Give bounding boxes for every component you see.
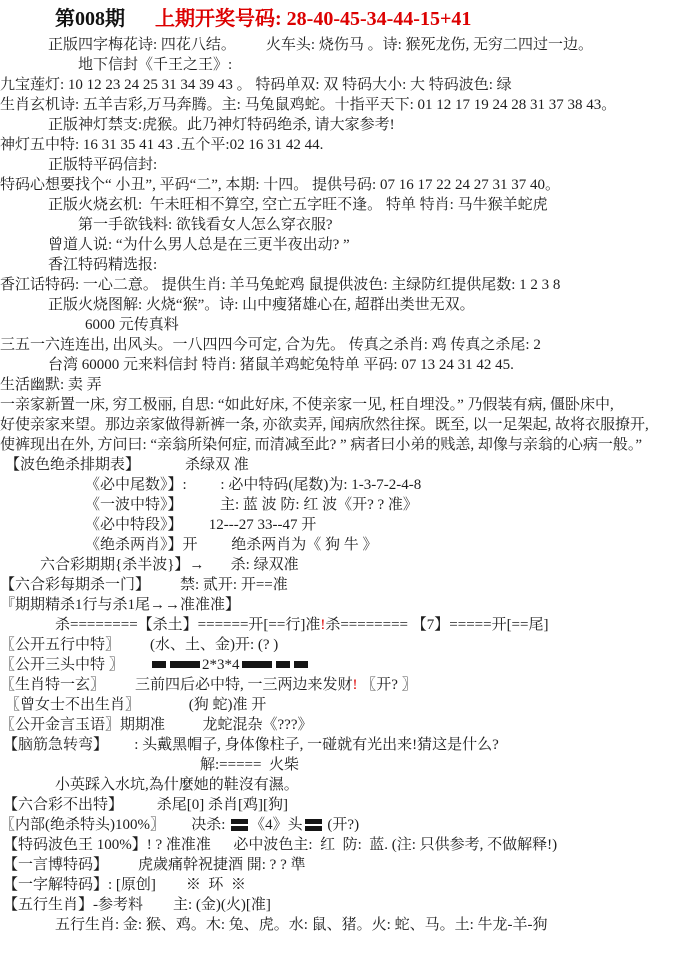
text-segment: 曾道人说: “为什么男人总是在三更半夜出动? ” xyxy=(48,237,350,253)
text-segment: 上期开奖号码: 28-40-45-34-44-15+41 xyxy=(155,8,471,30)
text-segment: 一亲家新置一床, 穷工极丽, 自思: “如此好床, 不使亲家一见, 枉自埋没。”… xyxy=(0,397,614,413)
doc-line-6: 正版神灯禁支:虎猴。此乃神灯特码绝杀, 请大家参考! xyxy=(0,115,688,135)
doc-line-37: 【脑筋急转弯】 : 头戴黑帽子, 身体像柱子, 一碰就有光出来!猜这是什么? xyxy=(0,735,688,755)
doc-line-35: 〖曾女士不出生肖〗 (狗 蛇)准 开 xyxy=(0,695,688,715)
doc-line-41: 〖内部(绝杀特头)100%〗 决杀: 《4》头 (开?) xyxy=(0,815,688,835)
text-segment: 〖曾女士不出生肖〗 (狗 蛇)准 开 xyxy=(5,697,266,713)
text-segment: 《一波中特》】 主: 蓝 波 防: 红 波《开? ? 准》 xyxy=(85,497,418,513)
text-segment: 《必中尾数》】: : 必中特码(尾数)为: 1-3-7-2-4-8 xyxy=(85,477,421,493)
doc-line-9: 特码心想要找个“ 小丑”, 平码“二”, 本期: 十四。 提供号码: 07 16… xyxy=(0,175,688,195)
doc-line-5: 生肖玄机诗: 五羊吉彩,万马奔腾。主: 马兔鼠鸡蛇。十指平天下: 01 12 1… xyxy=(0,95,688,115)
text-segment: 生活幽默: 卖 弄 xyxy=(0,377,102,393)
doc-line-15: 正版火烧图解: 火烧“猴”。诗: 山中瘦猪雄心在, 超群出类世无双。 xyxy=(0,295,688,315)
doc-line-2: 正版四字梅花诗: 四花八结。 火车头: 烧伤马 。诗: 猴死龙伤, 无穷二四过一… xyxy=(0,35,688,55)
text-segment xyxy=(125,8,155,30)
text-segment: 地下信封《千王之王》: xyxy=(78,57,232,73)
text-segment: 『期期精杀1行与杀1尾→→准准准】 xyxy=(0,597,240,613)
double-bar-glyph xyxy=(305,819,322,831)
text-segment: 〖生肖特一玄〗 三前四后必中特, 一三两边来发财 xyxy=(0,677,353,693)
doc-line-18: 台湾 60000 元来料信封 特肖: 猪鼠羊鸡蛇兔特单 平码: 07 13 24… xyxy=(0,355,688,375)
text-segment: 6000 元传真料 xyxy=(85,317,179,333)
doc-line-24: 《必中尾数》】: : 必中特码(尾数)为: 1-3-7-2-4-8 xyxy=(0,475,688,495)
text-segment: 【一言博特码】 虎歲痛幹祝捷酒 開: ? ? 準 xyxy=(3,857,306,873)
text-segment: 五行生肖: 金: 猴、鸡。木: 兔、虎。水: 鼠、猪。火: 蛇、马。土: 牛龙-… xyxy=(55,917,548,933)
doc-line-28: 六合彩期期{杀半波}】→ 杀: 绿双准 xyxy=(0,555,688,575)
text-segment: 台湾 60000 元来料信封 特肖: 猪鼠羊鸡蛇兔特单 平码: 07 13 24… xyxy=(48,357,514,373)
doc-line-11: 第一手欲钱料: 欲钱看女人怎么穿衣服? xyxy=(0,215,688,235)
text-segment: 六合彩期期{杀半波}】→ 杀: 绿双准 xyxy=(40,557,299,573)
doc-line-30: 『期期精杀1行与杀1尾→→准准准】 xyxy=(0,595,688,615)
text-segment: 杀======== 【7】=====开[==尾] xyxy=(325,617,548,633)
doc-line-33: 〖公开三头中特 〗 2*3*4 xyxy=(0,655,688,675)
text-segment: 【波色绝杀排期表】 杀绿双 准 xyxy=(5,457,249,473)
text-segment: 第008期 xyxy=(55,8,125,30)
text-segment: 三五一六连连出, 出风头。一八四四今可定, 合为先。 传真之杀肖: 鸡 传真之杀… xyxy=(0,337,541,353)
black-bar-glyph xyxy=(152,661,166,668)
doc-line-14: 香江话特码: 一心二意。 提供生肖: 羊马兔蛇鸡 鼠提供波色: 主绿防红提供尾数… xyxy=(0,275,688,295)
doc-line-3: 地下信封《千王之王》: xyxy=(0,55,688,75)
doc-line-32: 〖公开五行中特〗 (水、土、金)开: (? ) xyxy=(0,635,688,655)
double-bar-glyph xyxy=(231,819,248,831)
text-segment: 《绝杀两肖》】开 绝杀两肖为《 狗 牛 》 xyxy=(85,537,378,553)
doc-line-10: 正版火烧玄机: 午未旺相不算空, 空亡五字旺不逢。 特单 特肖: 马牛猴羊蛇虎 xyxy=(0,195,688,215)
text-segment: 解:===== 火柴 xyxy=(200,757,299,773)
text-segment: 2*3*4 xyxy=(202,657,240,673)
doc-line-4: 九宝莲灯: 10 12 23 24 25 31 34 39 43 。 特码单双:… xyxy=(0,75,688,95)
text-segment: 生肖玄机诗: 五羊吉彩,万马奔腾。主: 马兔鼠鸡蛇。十指平天下: 01 12 1… xyxy=(0,97,616,113)
doc-line-23: 【波色绝杀排期表】 杀绿双 准 xyxy=(0,455,688,475)
lottery-tip-sheet: 第008期 上期开奖号码: 28-40-45-34-44-15+41正版四字梅花… xyxy=(0,0,688,955)
doc-line-26: 《必中特段》】 12---27 33--47 开 xyxy=(0,515,688,535)
doc-line-43: 【一言博特码】 虎歲痛幹祝捷酒 開: ? ? 準 xyxy=(0,855,688,875)
text-segment: (开?) xyxy=(324,817,359,833)
text-segment: 神灯五中特: 16 31 35 41 43 .五个平:02 16 31 42 4… xyxy=(0,137,323,153)
text-segment: 《必中特段》】 12---27 33--47 开 xyxy=(85,517,316,533)
text-segment: 香江特码精选报: xyxy=(48,257,157,273)
text-segment: 小英踩入水坑,為什麼她的鞋沒有濕。 xyxy=(55,777,299,793)
doc-line-17: 三五一六连连出, 出风头。一八四四今可定, 合为先。 传真之杀肖: 鸡 传真之杀… xyxy=(0,335,688,355)
doc-line-21: 好使亲家来望。那边亲家做得新裤一条, 亦欲卖弄, 闻病欣然往探。既至, 以一足架… xyxy=(0,415,688,435)
text-segment: 〖公开金言玉语〗期期准 龙蛇混杂《???》 xyxy=(0,717,312,733)
text-segment: 香江话特码: 一心二意。 提供生肖: 羊马兔蛇鸡 鼠提供波色: 主绿防红提供尾数… xyxy=(0,277,560,293)
doc-line-40: 【六合彩不出特】 杀尾[0] 杀肖[鸡][狗] xyxy=(0,795,688,815)
text-segment: 【一字解特码】: [原创] ※ 环 ※ xyxy=(3,877,246,893)
text-segment: 【特码波色王 100%】! ? 准准准 必中波色主: 红 防: 蓝. (注: 只… xyxy=(3,837,557,853)
doc-line-13: 香江特码精选报: xyxy=(0,255,688,275)
doc-line-38: 解:===== 火柴 xyxy=(0,755,688,775)
doc-line-12: 曾道人说: “为什么男人总是在三更半夜出动? ” xyxy=(0,235,688,255)
doc-line-8: 正版特平码信封: xyxy=(0,155,688,175)
doc-line-22: 使裤现出在外, 方问曰: “亲翁所染何症, 而清减至此? ” 病者曰小弟的贱恙,… xyxy=(0,435,688,455)
text-segment: 第一手欲钱料: 欲钱看女人怎么穿衣服? xyxy=(78,217,333,233)
black-bar-glyph xyxy=(294,661,308,668)
doc-line-20: 一亲家新置一床, 穷工极丽, 自思: “如此好床, 不使亲家一见, 枉自埋没。”… xyxy=(0,395,688,415)
doc-line-34: 〖生肖特一玄〗 三前四后必中特, 一三两边来发财! 〖开? 〗 xyxy=(0,675,688,695)
doc-line-25: 《一波中特》】 主: 蓝 波 防: 红 波《开? ? 准》 xyxy=(0,495,688,515)
text-segment: 正版火烧图解: 火烧“猴”。诗: 山中瘦猪雄心在, 超群出类世无双。 xyxy=(48,297,475,313)
text-segment: 特码心想要找个“ 小丑”, 平码“二”, 本期: 十四。 提供号码: 07 16… xyxy=(0,177,560,193)
doc-line-36: 〖公开金言玉语〗期期准 龙蛇混杂《???》 xyxy=(0,715,688,735)
text-segment: 杀========【杀土】======开[==行]准 xyxy=(55,617,320,633)
black-bar-glyph xyxy=(170,661,200,668)
doc-line-7: 神灯五中特: 16 31 35 41 43 .五个平:02 16 31 42 4… xyxy=(0,135,688,155)
text-segment: 《4》头 xyxy=(250,817,303,833)
text-segment: 九宝莲灯: 10 12 23 24 25 31 34 39 43 。 特码单双:… xyxy=(0,77,512,93)
text-segment: 【六合彩不出特】 杀尾[0] 杀肖[鸡][狗] xyxy=(3,797,288,813)
doc-line-1: 第008期 上期开奖号码: 28-40-45-34-44-15+41 xyxy=(0,6,688,35)
doc-line-16: 6000 元传真料 xyxy=(0,315,688,335)
doc-line-42: 【特码波色王 100%】! ? 准准准 必中波色主: 红 防: 蓝. (注: 只… xyxy=(0,835,688,855)
text-segment: 【脑筋急转弯】 : 头戴黑帽子, 身体像柱子, 一碰就有光出来!猜这是什么? xyxy=(3,737,499,753)
text-segment: 好使亲家来望。那边亲家做得新裤一条, 亦欲卖弄, 闻病欣然往探。既至, 以一足架… xyxy=(0,417,649,433)
text-segment: 〖公开三头中特 〗 xyxy=(0,657,150,673)
black-bar-glyph xyxy=(242,661,272,668)
text-segment: 正版特平码信封: xyxy=(48,157,157,173)
doc-line-46: 五行生肖: 金: 猴、鸡。木: 兔、虎。水: 鼠、猪。火: 蛇、马。土: 牛龙-… xyxy=(0,915,688,935)
doc-line-45: 【五行生肖】-参考料 主: (金)(火)[准] xyxy=(0,895,688,915)
text-segment: 正版神灯禁支:虎猴。此乃神灯特码绝杀, 请大家参考! xyxy=(48,117,395,133)
doc-line-27: 《绝杀两肖》】开 绝杀两肖为《 狗 牛 》 xyxy=(0,535,688,555)
text-segment: 〖开? 〗 xyxy=(358,677,417,693)
text-segment: 【五行生肖】-参考料 主: (金)(火)[准] xyxy=(3,897,271,913)
doc-line-39: 小英踩入水坑,為什麼她的鞋沒有濕。 xyxy=(0,775,688,795)
doc-line-19: 生活幽默: 卖 弄 xyxy=(0,375,688,395)
doc-line-29: 【六合彩每期杀一门】 禁: 贰开: 开==准 xyxy=(0,575,688,595)
doc-line-31: 杀========【杀土】======开[==行]准!杀======== 【7】… xyxy=(0,615,688,635)
doc-line-44: 【一字解特码】: [原创] ※ 环 ※ xyxy=(0,875,688,895)
black-bar-glyph xyxy=(276,661,290,668)
text-segment: 〖内部(绝杀特头)100%〗 决杀: xyxy=(0,817,229,833)
text-segment: 【六合彩每期杀一门】 禁: 贰开: 开==准 xyxy=(0,577,288,593)
text-segment: 〖公开五行中特〗 (水、土、金)开: (? ) xyxy=(0,637,278,653)
text-segment: 正版火烧玄机: 午未旺相不算空, 空亡五字旺不逢。 特单 特肖: 马牛猴羊蛇虎 xyxy=(48,197,548,213)
text-segment: 使裤现出在外, 方问曰: “亲翁所染何症, 而清减至此? ” 病者曰小弟的贱恙,… xyxy=(0,437,642,453)
text-segment: 正版四字梅花诗: 四花八结。 火车头: 烧伤马 。诗: 猴死龙伤, 无穷二四过一… xyxy=(48,37,593,53)
